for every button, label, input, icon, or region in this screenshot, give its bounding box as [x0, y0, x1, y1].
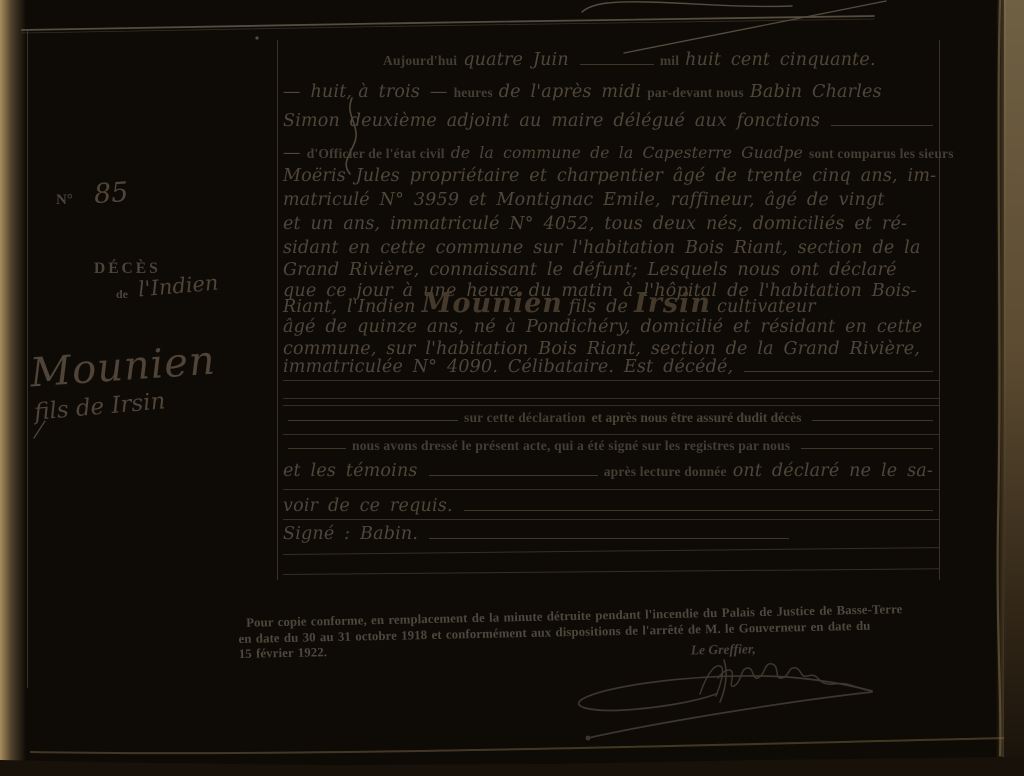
hand-text: matriculé N° 3959 et Montignac Emile, ra… [283, 190, 885, 210]
act-line: matriculé N° 3959 et Montignac Emile, ra… [283, 190, 939, 210]
hand-text: quatre Juin [463, 50, 569, 70]
act-line: Grand Rivière, connaissant le défunt; Le… [283, 260, 939, 280]
blank-form-line [283, 398, 939, 399]
act-line: commune, sur l'habitation Bois Riant, se… [283, 339, 939, 359]
hand-text: et les témoins [283, 461, 418, 481]
hand-text: voir de ce requis. [283, 496, 453, 516]
hand-text: Riant, l'Indien [283, 297, 416, 317]
scan-edge-right [1004, 0, 1024, 776]
blank-rule [831, 122, 933, 126]
act-rule-right [939, 40, 940, 580]
greffier-title: Le Greffier, [691, 641, 756, 658]
hand-text: huit cent cinquante. [685, 50, 876, 70]
blank-rule [464, 507, 933, 511]
hand-text: Simon deuxième adjoint au maire délégué … [283, 111, 820, 131]
hand-text: — huit, [283, 82, 352, 102]
hand-text: immatriculée N° 4090. Célibataire. Est d… [283, 357, 733, 377]
act-line: et un ans, immatriculé N° 4052, tous deu… [283, 214, 939, 234]
act-number-label: N° [56, 192, 73, 209]
margin-rule-left [27, 30, 28, 688]
blank-form-line [283, 380, 939, 381]
hand-text: ont déclaré ne le sa- [733, 461, 933, 481]
printed-text: nous avons dressé le présent acte, qui a… [352, 438, 790, 454]
act-line: nous avons dressé le présent acte, qui a… [283, 438, 939, 454]
hand-text: à trois — [358, 82, 447, 102]
blank-rule [801, 445, 933, 449]
act-rule-left [277, 40, 278, 580]
act-line: Aujourd'hui quatre Juin mil huit cent ci… [283, 50, 1024, 70]
blank-rule [812, 417, 933, 421]
printed-text: après lecture donnée [604, 464, 727, 480]
printed-text: par-devant nous [647, 85, 744, 101]
hand-text: Signé : Babin. [283, 524, 418, 544]
hand-text: sidant en cette commune sur l'habitation… [283, 238, 921, 258]
act-line: — d'Officier de l'état civil de la commu… [283, 143, 939, 163]
hand-text: Grand Rivière, connaissant le défunt; Le… [283, 260, 897, 280]
hand-text: de l'après midi [499, 82, 641, 102]
act-line: sidant en cette commune sur l'habitation… [283, 238, 939, 258]
printed-text: sont comparus les sieurs [809, 146, 954, 162]
deceased-father-name: Irsin [634, 288, 711, 319]
hand-text: de la commune de la Capesterre Guadpe [451, 144, 803, 162]
blank-rule [288, 417, 458, 421]
printed-text: heures [454, 85, 493, 101]
hand-text: Moëris Jules propriétaire et charpentier… [283, 166, 936, 186]
blank-rule [429, 535, 789, 539]
act-line: — huit, à trois — heures de l'après midi… [283, 82, 939, 102]
act-line: Simon deuxième adjoint au maire délégué … [283, 111, 939, 131]
hand-text: commune, sur l'habitation Bois Riant, se… [283, 339, 920, 359]
binding-edge-left [0, 0, 26, 776]
blank-rule [580, 61, 654, 65]
death-register-scan: N° 85 DÉCÈS de l'Indien Mounien fils de … [0, 0, 1024, 776]
hand-text: Babin Charles [750, 82, 882, 102]
hand-text: fils de [569, 297, 628, 317]
hand-text: cultivateur [717, 297, 816, 317]
act-line: immatriculée N° 4090. Célibataire. Est d… [283, 357, 939, 377]
hand-text: — [283, 143, 301, 163]
act-line: Signé : Babin. [283, 524, 939, 544]
blank-rule [744, 368, 933, 372]
act-line: et les témoins après lecture donnée ont … [283, 461, 939, 481]
printed-text: mil [660, 53, 679, 69]
blank-form-line [283, 405, 939, 406]
printed-text: Aujourd'hui [383, 53, 457, 69]
printed-text: sur cette déclaration [464, 410, 586, 426]
printed-text: et après nous être assuré dudit décès [592, 410, 802, 426]
blank-rule [288, 445, 346, 449]
blank-form-line [283, 489, 939, 490]
hand-text: âgé de quinze ans, né à Pondichéry, domi… [283, 317, 922, 337]
act-line: âgé de quinze ans, né à Pondichéry, domi… [283, 317, 939, 337]
act-of-label: de [116, 287, 128, 302]
deceased-name-body: Mounien [422, 288, 563, 319]
printed-text: d'Officier de l'état civil [307, 146, 445, 162]
act-line: sur cette déclaration et après nous être… [283, 410, 939, 426]
act-line: Moëris Jules propriétaire et charpentier… [283, 166, 939, 186]
blank-rule [429, 472, 598, 476]
blank-form-line [283, 434, 939, 435]
blank-form-line [283, 519, 939, 520]
hand-text: et un ans, immatriculé N° 4052, tous deu… [283, 214, 907, 234]
act-line: voir de ce requis. [283, 496, 939, 516]
act-number-value: 85 [93, 177, 129, 210]
